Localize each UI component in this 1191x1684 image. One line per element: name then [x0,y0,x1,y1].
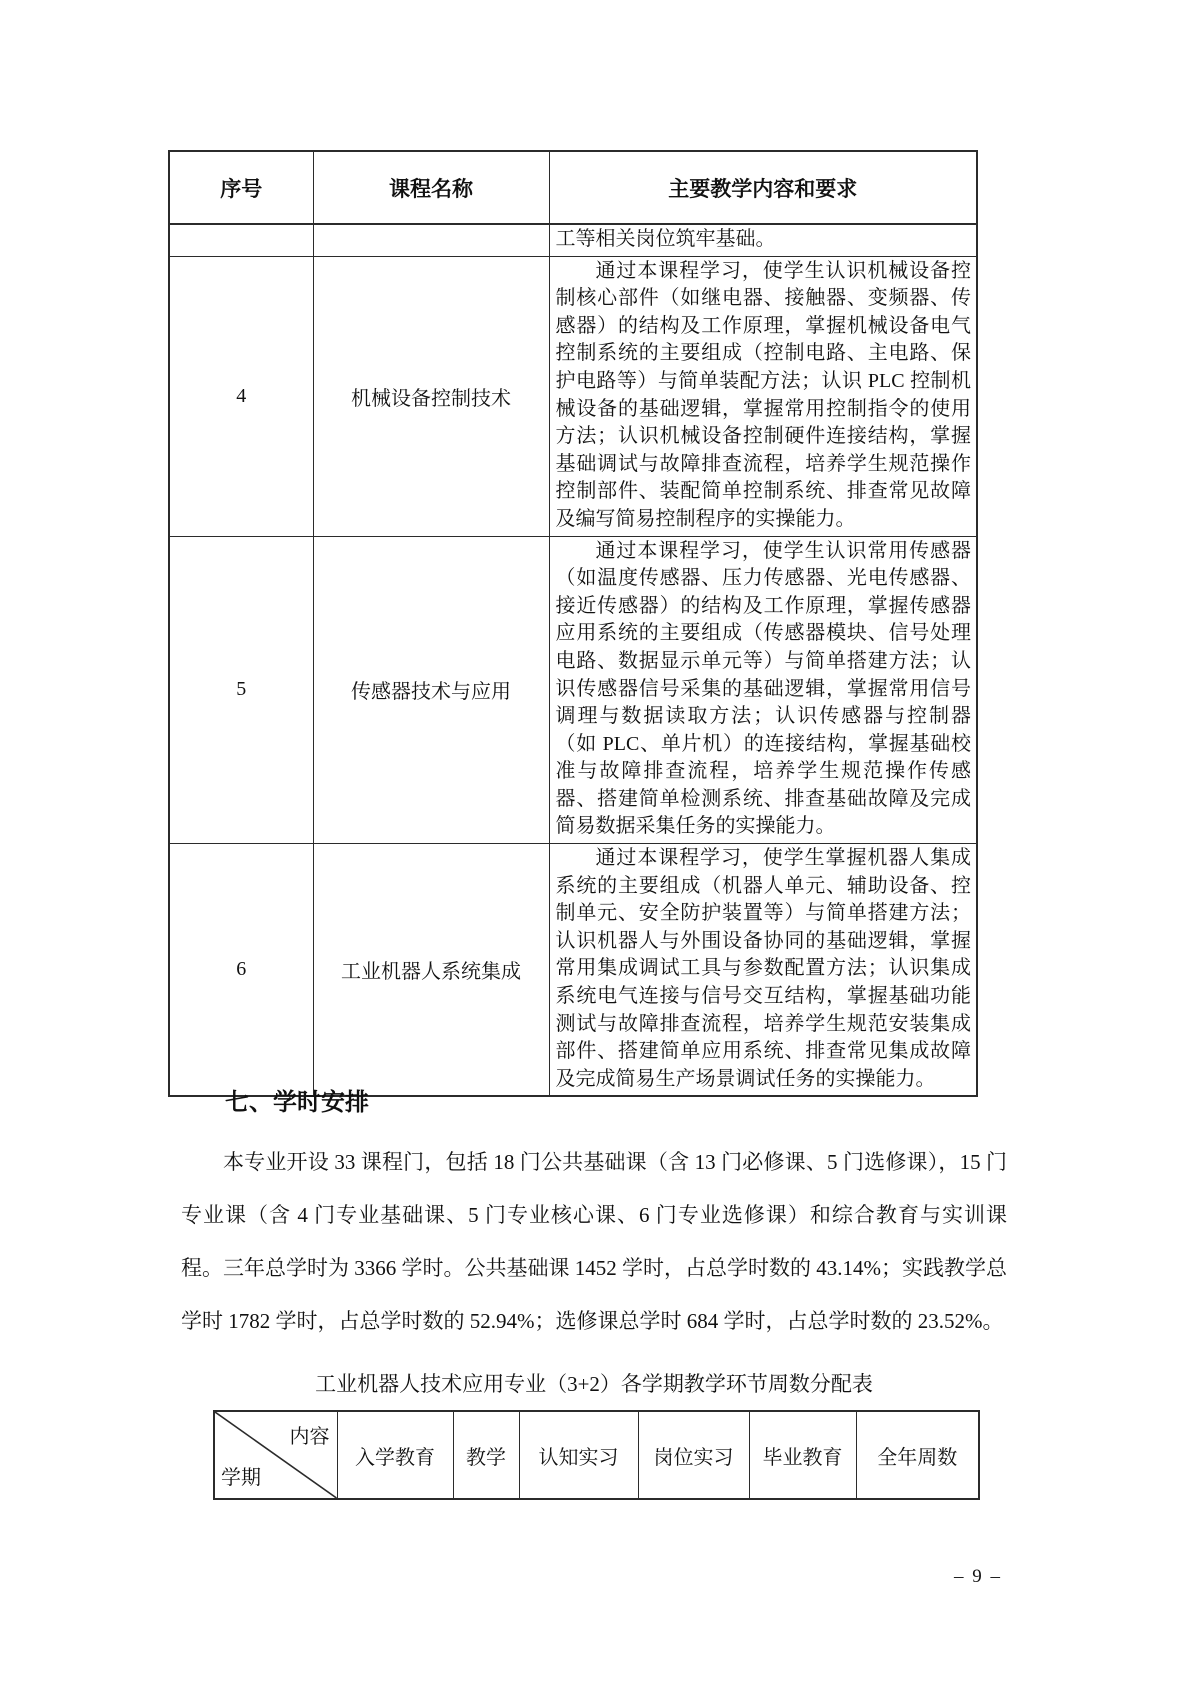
carryover-content-cell: 工等相关岗位筑牢基础。 [549,224,977,256]
carryover-name-cell [313,224,549,256]
course-4-name: 机械设备控制技术 [313,256,549,536]
semester-weeks-table: 内容 学期 入学教育 教学 认知实习 岗位实习 毕业教育 全年周数 [213,1410,980,1500]
schedule-header-row: 内容 学期 入学教育 教学 认知实习 岗位实习 毕业教育 全年周数 [214,1411,979,1499]
table-row-carryover: 工等相关岗位筑牢基础。 [169,224,977,256]
diagonal-header-cell: 内容 学期 [214,1411,337,1499]
table-row-course-5: 5 传感器技术与应用 通过本课程学习，使学生认识常用传感器（如温度传感器、压力传… [169,536,977,844]
table-row-course-6: 6 工业机器人系统集成 通过本课程学习，使学生掌握机器人集成系统的主要组成（机器… [169,844,977,1097]
schedule-table-caption: 工业机器人技术应用专业（3+2）各学期教学环节周数分配表 [181,1368,1007,1398]
table-row-course-4: 4 机械设备控制技术 通过本课程学习，使学生认识机械设备控制核心部件（如继电器、… [169,256,977,536]
schedule-col-graduation-education: 毕业教育 [749,1411,856,1499]
header-course-requirements: 主要教学内容和要求 [549,151,977,224]
header-course-name: 课程名称 [313,151,549,224]
schedule-col-cognition-practice: 认知实习 [519,1411,638,1499]
diagonal-label-semester: 学期 [221,1461,261,1490]
page-number: – 9 – [938,1566,1018,1588]
schedule-col-post-practice: 岗位实习 [638,1411,749,1499]
course-5-content-cell: 通过本课程学习，使学生认识常用传感器（如温度传感器、压力传感器、光电传感器、接近… [549,536,977,844]
header-course-no: 序号 [169,151,313,224]
document-page: 序号 课程名称 主要教学内容和要求 工等相关岗位筑牢基础。 4 机械设备控制技术… [0,0,1191,1684]
course-5-content: 通过本课程学习，使学生认识常用传感器（如温度传感器、压力传感器、光电传感器、接近… [556,538,972,842]
schedule-col-entrance-education: 入学教育 [337,1411,453,1499]
course-6-name: 工业机器人系统集成 [313,844,549,1097]
course-4-content: 通过本课程学习，使学生认识机械设备控制核心部件（如继电器、接触器、变频器、传感器… [556,258,972,534]
course-6-content-cell: 通过本课程学习，使学生掌握机器人集成系统的主要组成（机器人单元、辅助设备、控制单… [549,844,977,1097]
course-4-no: 4 [169,256,313,536]
carryover-text: 工等相关岗位筑牢基础。 [556,226,972,254]
course-6-content: 通过本课程学习，使学生掌握机器人集成系统的主要组成（机器人单元、辅助设备、控制单… [556,845,972,1093]
schedule-col-total-weeks: 全年周数 [856,1411,979,1499]
section-heading-hours-arrangement: 七、学时安排 [225,1082,369,1117]
course-table-header-row: 序号 课程名称 主要教学内容和要求 [169,151,977,224]
diagonal-label-content: 内容 [290,1420,330,1449]
course-content-table: 序号 课程名称 主要教学内容和要求 工等相关岗位筑牢基础。 4 机械设备控制技术… [168,150,978,1097]
carryover-no-cell [169,224,313,256]
course-5-no: 5 [169,536,313,844]
course-4-content-cell: 通过本课程学习，使学生认识机械设备控制核心部件（如继电器、接触器、变频器、传感器… [549,256,977,536]
schedule-col-teaching: 教学 [453,1411,519,1499]
hours-summary-paragraph: 本专业开设 33 课程门，包括 18 门公共基础课（含 13 门必修课、5 门选… [181,1136,1007,1348]
course-6-no: 6 [169,844,313,1097]
course-5-name: 传感器技术与应用 [313,536,549,844]
